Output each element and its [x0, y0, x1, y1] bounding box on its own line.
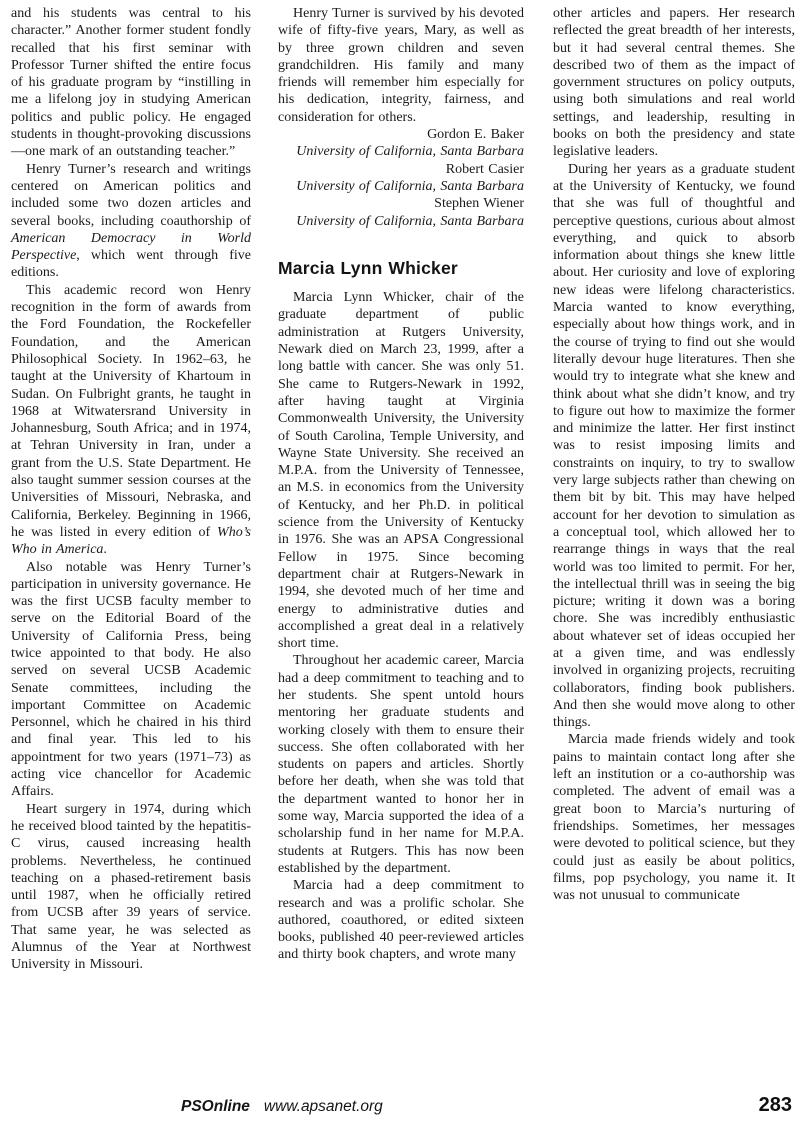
text-segment: and his students was central to his char…: [11, 6, 251, 159]
signature-name: Stephen Wiener: [278, 195, 524, 212]
text-columns: and his students was central to his char…: [0, 0, 800, 1091]
page-footer: PSOnlinewww.apsanet.org 283: [11, 1094, 792, 1117]
paragraph: Henry Turner is survived by his devoted …: [278, 5, 524, 126]
text-segment: Marcia had a deep commitment to research…: [278, 878, 524, 962]
signature-affiliation: University of California, Santa Barbara: [278, 213, 524, 230]
paragraph: Marcia had a deep commitment to research…: [278, 877, 524, 963]
journal-brand: PSOnlinewww.apsanet.org: [181, 1098, 383, 1116]
text-segment: .: [103, 542, 107, 557]
text-segment: Heart surgery in 1974, during which he r…: [11, 802, 251, 973]
text-segment: Marcia made friends widely and took pain…: [553, 732, 795, 903]
paragraph: Heart surgery in 1974, during which he r…: [11, 801, 251, 974]
page-number: 283: [759, 1094, 792, 1117]
paragraph: Marcia made friends widely and took pain…: [553, 731, 795, 904]
signature-affiliation: University of California, Santa Barbara: [278, 143, 524, 160]
signature-block: Gordon E. BakerUniversity of California,…: [278, 126, 524, 230]
paragraph: other articles and papers. Her research …: [553, 5, 795, 161]
journal-page: and his students was central to his char…: [0, 0, 800, 1122]
text-segment: Marcia Lynn Whicker, chair of the gradua…: [278, 290, 524, 651]
text-segment: During her years as a graduate student a…: [553, 162, 795, 731]
signature-name: Robert Casier: [278, 161, 524, 178]
paragraph: Also notable was Henry Turner’s particip…: [11, 559, 251, 801]
text-segment: Henry Turner is survived by his devoted …: [278, 6, 524, 125]
signature-name: Gordon E. Baker: [278, 126, 524, 143]
paragraph: Throughout her academic career, Marcia h…: [278, 652, 524, 877]
text-column-middle: Henry Turner is survived by his devoted …: [278, 5, 524, 1091]
paragraph: and his students was central to his char…: [11, 5, 251, 161]
text-segment: other articles and papers. Her research …: [553, 6, 795, 159]
paragraph: Marcia Lynn Whicker, chair of the gradua…: [278, 289, 524, 652]
text-segment: Henry Turner’s research and writings cen…: [11, 162, 251, 229]
obituary-heading: Marcia Lynn Whicker: [278, 260, 524, 277]
signature-affiliation: University of California, Santa Barbara: [278, 178, 524, 195]
text-column-right: other articles and papers. Her research …: [553, 5, 795, 1091]
text-column-left: and his students was central to his char…: [11, 5, 251, 1091]
paragraph: This academic record won Henry recogniti…: [11, 282, 251, 559]
text-segment: This academic record won Henry recogniti…: [11, 283, 251, 540]
journal-name: PSOnline: [181, 1098, 250, 1115]
paragraph: Henry Turner’s research and writings cen…: [11, 161, 251, 282]
journal-url: www.apsanet.org: [264, 1098, 383, 1115]
text-segment: Also notable was Henry Turner’s particip…: [11, 560, 251, 800]
paragraph: During her years as a graduate student a…: [553, 161, 795, 732]
text-segment: Throughout her academic career, Marcia h…: [278, 653, 524, 876]
